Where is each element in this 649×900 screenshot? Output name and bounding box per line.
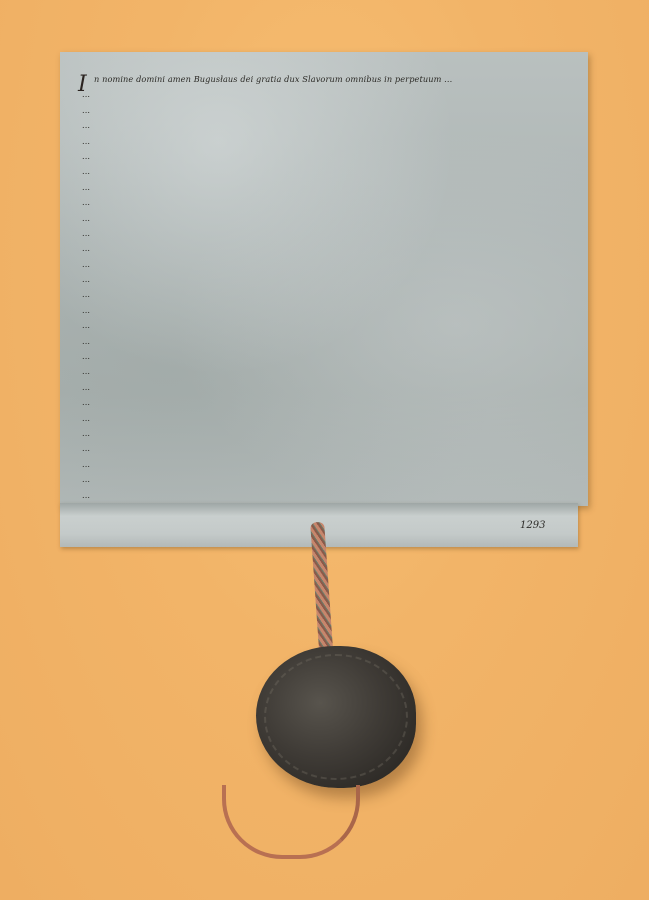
text-line: ...	[82, 441, 574, 456]
text-line: ...	[82, 211, 574, 226]
text-line: ...	[82, 395, 574, 410]
text-line: ...	[82, 257, 574, 272]
text-line: ...	[82, 287, 574, 302]
text-line: ...	[82, 134, 574, 149]
text-line: ...	[82, 303, 574, 318]
text-line: ...	[82, 195, 574, 210]
text-line: ...	[82, 226, 574, 241]
text-line: ...	[82, 472, 574, 487]
text-line: ...	[82, 426, 574, 441]
text-line: ...	[82, 488, 574, 503]
charter-parchment: I n nomine domini amen Bugusłaus dei gra…	[60, 52, 588, 506]
cord-tail	[222, 785, 360, 859]
text-line: ...	[82, 241, 574, 256]
text-line: ...	[82, 118, 574, 133]
text-line: ...	[82, 164, 574, 179]
manuscript-text: n nomine domini amen Bugusłaus dei grati…	[82, 72, 574, 503]
seal-rim	[264, 654, 408, 780]
text-line: ...	[82, 103, 574, 118]
text-line: ...	[82, 457, 574, 472]
text-line: ...	[82, 272, 574, 287]
text-line: n nomine domini amen Bugusłaus dei grati…	[82, 72, 574, 87]
text-line: ...	[82, 318, 574, 333]
text-line: ...	[82, 411, 574, 426]
wax-seal	[256, 646, 416, 788]
text-line: ...	[82, 380, 574, 395]
text-line: ...	[82, 334, 574, 349]
text-line: ...	[82, 87, 574, 102]
text-line: ...	[82, 149, 574, 164]
text-line: ...	[82, 180, 574, 195]
text-line: ...	[82, 364, 574, 379]
shelfmark-date: 1293	[520, 520, 545, 531]
text-line: ...	[82, 349, 574, 364]
